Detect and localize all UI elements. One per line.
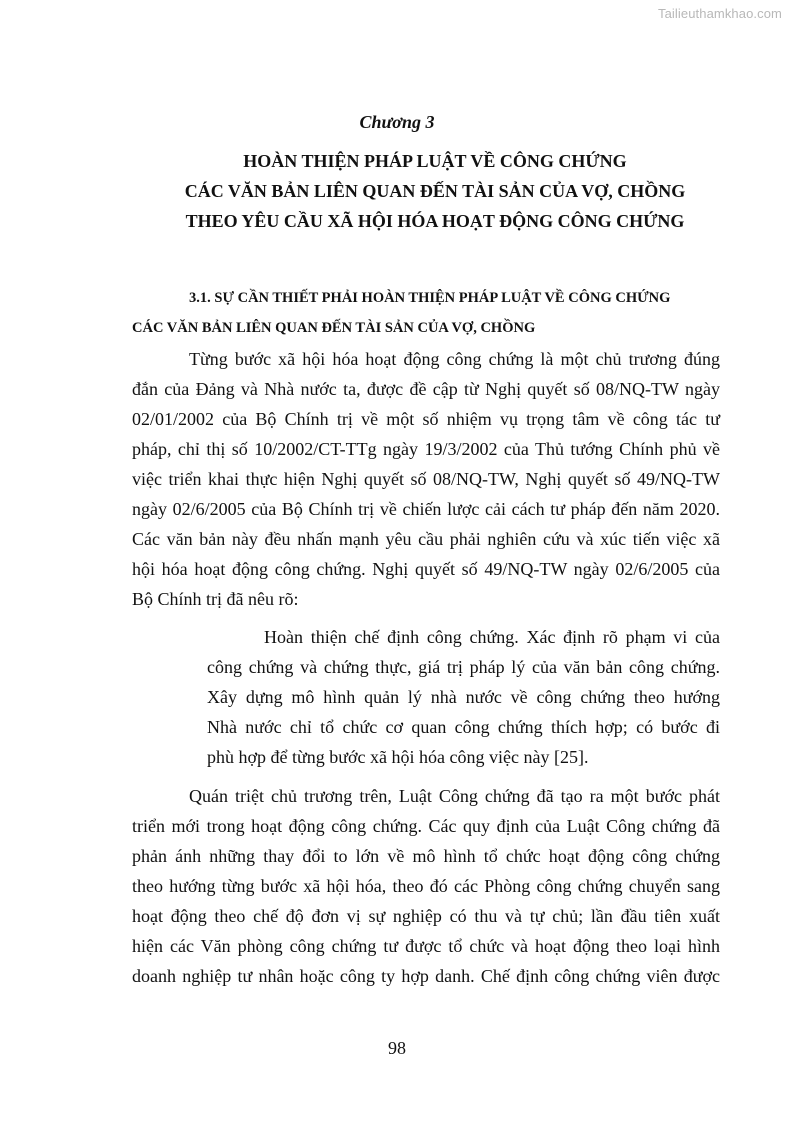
body-paragraph-1: Từng bước xã hội hóa hoạt động công chứn…	[132, 344, 720, 614]
text-line: hội hóa hoạt động công chứng. Nghị quyết…	[132, 554, 720, 584]
page-number: 98	[0, 1038, 794, 1059]
text-line: công chứng và chứng thực, giá trị pháp l…	[207, 652, 720, 682]
text-line: Nhà nước chỉ tổ chức cơ quan công chứng …	[207, 712, 720, 742]
text-line: Các văn bản này đều nhấn mạnh yêu cầu ph…	[132, 524, 720, 554]
text-line: Hoàn thiện chế định công chứng. Xác định…	[207, 622, 720, 652]
text-line: Xây dựng mô hình quản lý nhà nước về côn…	[207, 682, 720, 712]
text-line: Quán triệt chủ trương trên, Luật Công ch…	[132, 781, 720, 811]
text-line: ngày 02/6/2005 của Bộ Chính trị về chiến…	[132, 494, 720, 524]
text-line: 02/01/2002 của Bộ Chính trị về một số nh…	[132, 404, 720, 434]
text-line: đắn của Đảng và Nhà nước ta, được đề cập…	[132, 374, 720, 404]
section-heading-line: 3.1. SỰ CẦN THIẾT PHẢI HOÀN THIỆN PHÁP L…	[132, 283, 720, 313]
chapter-title: HOÀN THIỆN PHÁP LUẬT VỀ CÔNG CHỨNG CÁC V…	[130, 146, 740, 236]
watermark: Tailieuthamkhao.com	[658, 6, 782, 21]
section-heading-line: CÁC VĂN BẢN LIÊN QUAN ĐẾN TÀI SẢN CỦA VỢ…	[132, 313, 720, 343]
chapter-title-line: THEO YÊU CẦU XÃ HỘI HÓA HOẠT ĐỘNG CÔNG C…	[130, 206, 740, 236]
text-line: việc triển khai thực hiện Nghị quyết số …	[132, 464, 720, 494]
section-heading: 3.1. SỰ CẦN THIẾT PHẢI HOÀN THIỆN PHÁP L…	[132, 283, 720, 343]
text-line: Từng bước xã hội hóa hoạt động công chứn…	[132, 344, 720, 374]
chapter-title-line: CÁC VĂN BẢN LIÊN QUAN ĐẾN TÀI SẢN CỦA VỢ…	[130, 176, 740, 206]
text-line: pháp, chỉ thị số 10/2002/CT-TTg ngày 19/…	[132, 434, 720, 464]
chapter-title-line: HOÀN THIỆN PHÁP LUẬT VỀ CÔNG CHỨNG	[130, 146, 740, 176]
text-line: hoạt động theo chế độ đơn vị sự nghiệp c…	[132, 901, 720, 931]
text-line: phù hợp để từng bước xã hội hóa công việ…	[207, 742, 720, 772]
text-line: theo hướng từng bước xã hội hóa, theo đó…	[132, 871, 720, 901]
text-line: doanh nghiệp tư nhân hoặc công ty hợp da…	[132, 961, 720, 991]
text-line: phản ánh những thay đổi to lớn về mô hìn…	[132, 841, 720, 871]
chapter-label: Chương 3	[0, 112, 794, 133]
body-paragraph-2: Quán triệt chủ trương trên, Luật Công ch…	[132, 781, 720, 991]
block-quote: Hoàn thiện chế định công chứng. Xác định…	[207, 622, 720, 772]
text-line: Bộ Chính trị đã nêu rõ:	[132, 584, 720, 614]
text-line: hiện các Văn phòng công chứng tư được tổ…	[132, 931, 720, 961]
text-line: triển mới trong hoạt động công chứng. Cá…	[132, 811, 720, 841]
